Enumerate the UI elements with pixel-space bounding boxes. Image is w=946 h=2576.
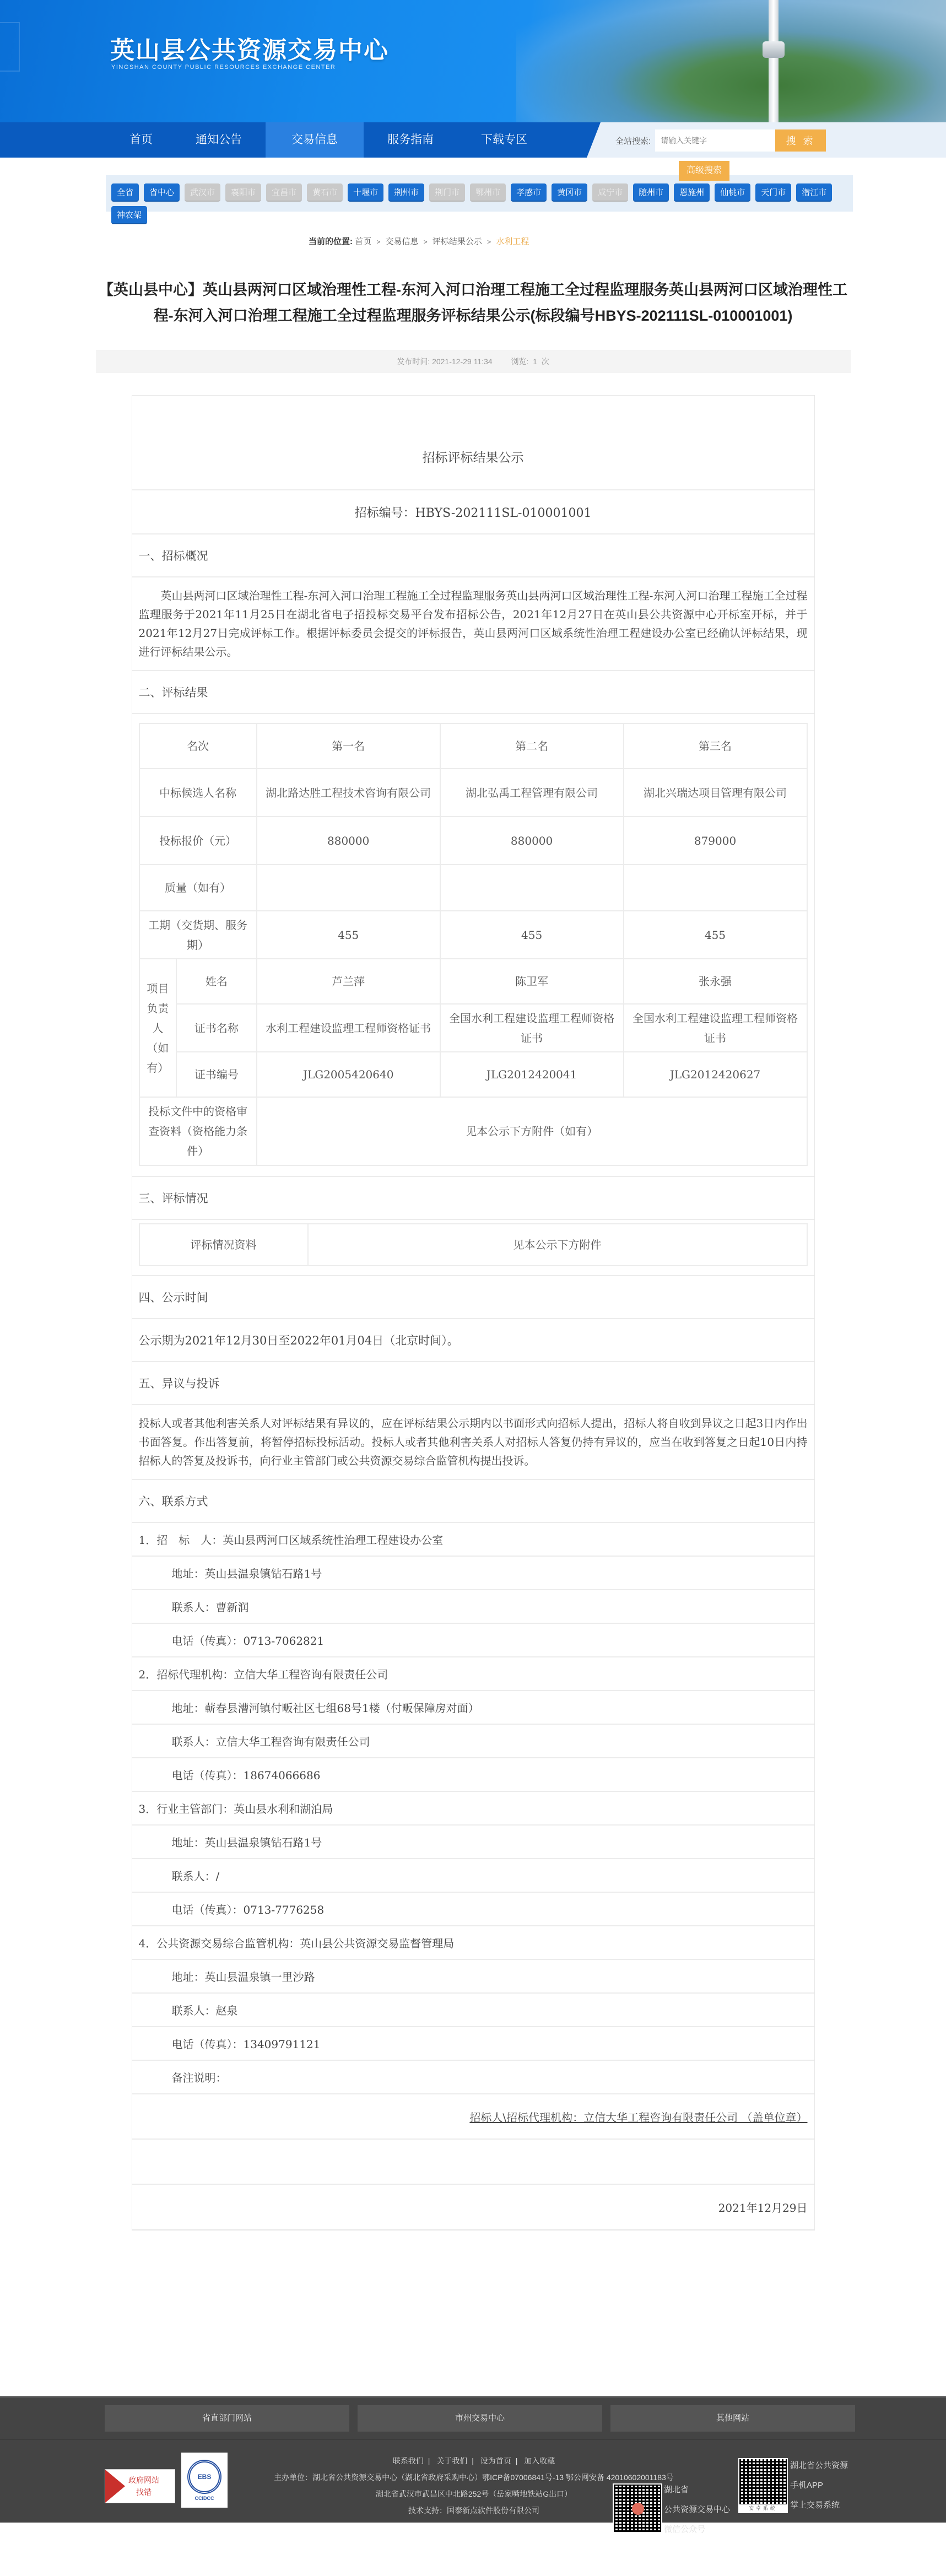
breadcrumb-home[interactable]: 首页 bbox=[355, 237, 371, 246]
nav-items: 首页 通知公告 交易信息 服务指南 下载专区 bbox=[110, 122, 551, 158]
table-cell: 张永强 bbox=[624, 959, 807, 1004]
breadcrumb-results[interactable]: 评标结果公示 bbox=[433, 237, 482, 246]
footer: 省直部门网站 市州交易中心 其他网站 政府网站 找错 EBS CCIDCC 联系… bbox=[0, 2396, 946, 2523]
region-xiangyang: 襄阳市 bbox=[225, 183, 261, 202]
table-label-cell: 评标情况资料 bbox=[139, 1224, 308, 1266]
app-qr-caption: 湖北省公共资源 手机APP 掌上交易系统 bbox=[790, 2456, 848, 2515]
table-label-cell: 工期（交货期、服务期） bbox=[139, 911, 257, 959]
contact-1-phone: 电话（传真）：0713-7062821 bbox=[132, 1624, 814, 1657]
eval-table: 评标情况资料 见本公示下方附件 bbox=[139, 1223, 808, 1266]
footer-about-us[interactable]: 关于我们 bbox=[436, 2456, 467, 2465]
table-cell bbox=[624, 865, 807, 911]
footer-nav: 联系我们| 关于我们| 设为首页| 加入收藏 bbox=[226, 2453, 722, 2469]
region-huangshi: 黄石市 bbox=[307, 183, 343, 202]
table-cell: 见本公示下方附件（如有） bbox=[257, 1097, 807, 1165]
article-title: 【英山县中心】英山县两河口区域治理性工程-东河入河口治理工程施工全过程监理服务英… bbox=[96, 277, 851, 329]
views-unit: 次 bbox=[542, 357, 549, 366]
region-list: 全省 省中心 武汉市 襄阳市 宜昌市 黄石市 十堰市 荆州市 荆门市 鄂州市 孝… bbox=[111, 183, 848, 224]
table-row: 证书编号 JLG2005420640 JLG2012420041 JLG2012… bbox=[139, 1052, 807, 1097]
region-shennongjia[interactable]: 神农架 bbox=[111, 206, 147, 224]
search-input[interactable] bbox=[655, 129, 775, 152]
table-cell: 湖北弘禹工程管理有限公司 bbox=[440, 769, 624, 817]
table-cell: 455 bbox=[624, 911, 807, 959]
region-jingmen: 荆门市 bbox=[429, 183, 465, 202]
breadcrumb-label: 当前的位置: bbox=[309, 237, 353, 246]
contact-2-phone: 电话（传真）：18674066686 bbox=[132, 1758, 814, 1792]
table-label-cell: 投标报价（元） bbox=[139, 817, 257, 865]
table-cell bbox=[257, 865, 440, 911]
table-cell: 879000 bbox=[624, 817, 807, 865]
table-label-cell: 项目负责人（如有） bbox=[139, 959, 176, 1097]
ebs-caption: CCIDCC bbox=[195, 2496, 214, 2501]
table-label-cell: 证书名称 bbox=[176, 1004, 257, 1052]
results-table-wrap: 名次 第一名 第二名 第三名 中标候选人名称 湖北路达胜工程技术咨询有限公司 湖… bbox=[132, 723, 814, 1177]
region-yichang: 宜昌市 bbox=[266, 183, 302, 202]
breadcrumb: 当前的位置: 首页 > 交易信息 > 评标结果公示 > 水利工程 bbox=[309, 235, 946, 247]
footer-link-groups: 省直部门网站 市州交易中心 其他网站 bbox=[105, 2405, 855, 2432]
qr-caption-line: 湖北省公共资源 bbox=[790, 2456, 848, 2476]
footer-link-provincial-depts[interactable]: 省直部门网站 bbox=[105, 2405, 349, 2432]
date-row: 2021年12月29日 bbox=[132, 2185, 814, 2230]
ebs-certificate-logo[interactable]: EBS CCIDCC bbox=[181, 2453, 228, 2508]
region-xiaogan[interactable]: 孝感市 bbox=[511, 183, 547, 202]
contact-1-address: 地址：英山县温泉镇钻石路1号 bbox=[132, 1557, 814, 1590]
table-cell: 芦兰萍 bbox=[257, 959, 440, 1004]
table-header-cell: 名次 bbox=[139, 723, 257, 769]
qr-android-label: 安卓系统 bbox=[739, 2504, 787, 2512]
nav-item-service-guide[interactable]: 服务指南 bbox=[364, 122, 457, 158]
table-cell: 水利工程建设监理工程师资格证书 bbox=[257, 1004, 440, 1052]
table-cell: 880000 bbox=[440, 817, 624, 865]
table-cell: 湖北路达胜工程技术咨询有限公司 bbox=[257, 769, 440, 817]
table-row: 中标候选人名称 湖北路达胜工程技术咨询有限公司 湖北弘禹工程管理有限公司 湖北兴… bbox=[139, 769, 807, 817]
section-2-title: 二、评标结果 bbox=[132, 671, 814, 714]
region-filter: 全省 省中心 武汉市 襄阳市 宜昌市 黄石市 十堰市 荆州市 荆门市 鄂州市 孝… bbox=[106, 175, 853, 212]
region-qianjiang[interactable]: 潜江市 bbox=[796, 183, 832, 202]
qr-caption-line: 公共资源交易中心 bbox=[664, 2500, 730, 2520]
table-cell bbox=[440, 865, 624, 911]
publish-time: 2021-12-29 11:34 bbox=[432, 357, 493, 366]
contact-4-person: 联系人：赵泉 bbox=[132, 1994, 814, 2027]
table-cell: 见本公示下方附件 bbox=[308, 1224, 807, 1266]
footer-link-other-sites[interactable]: 其他网站 bbox=[610, 2405, 855, 2432]
advanced-search-button[interactable]: 高级搜索 bbox=[679, 161, 729, 181]
table-header-cell: 第二名 bbox=[440, 723, 624, 769]
table-row: 工期（交货期、服务期） 455 455 455 bbox=[139, 911, 807, 959]
table-row: 评标情况资料 见本公示下方附件 bbox=[139, 1224, 807, 1266]
table-cell: JLG2012420627 bbox=[624, 1052, 807, 1097]
bid-number: 招标编号：HBYS-202111SL-010001001 bbox=[132, 490, 814, 534]
region-tianmen[interactable]: 天门市 bbox=[755, 183, 791, 202]
table-row: 名次 第一名 第二名 第三名 bbox=[139, 723, 807, 769]
section-5-title: 五、异议与投诉 bbox=[132, 1362, 814, 1405]
section-1-title: 一、招标概况 bbox=[132, 534, 814, 577]
nav-item-home[interactable]: 首页 bbox=[110, 122, 172, 158]
contact-3-phone: 电话（传真）：0713-7776258 bbox=[132, 1893, 814, 1926]
qr-caption-line: 湖北省 bbox=[664, 2480, 730, 2500]
table-cell: 455 bbox=[440, 911, 624, 959]
region-enshi[interactable]: 恩施州 bbox=[674, 183, 710, 202]
city-aerial-image bbox=[516, 0, 946, 122]
contact-3-address: 地址：英山县温泉镇钻石路1号 bbox=[132, 1826, 814, 1859]
section-3-title: 三、评标情况 bbox=[132, 1177, 814, 1220]
region-wuhan: 武汉市 bbox=[185, 183, 220, 202]
table-cell: 陈卫军 bbox=[440, 959, 624, 1004]
gov-site-error-report-logo[interactable]: 政府网站 找错 bbox=[105, 2469, 175, 2503]
footer-link-city-centers[interactable]: 市州交易中心 bbox=[358, 2405, 602, 2432]
eval-table-wrap: 评标情况资料 见本公示下方附件 bbox=[132, 1223, 814, 1276]
site-search: 全站搜索: 搜 索 bbox=[615, 129, 826, 152]
contact-2-person: 联系人：立信大华工程咨询有限责任公司 bbox=[132, 1725, 814, 1758]
section-1-body: 英山县两河口区域治理性工程-东河入河口治理工程施工全过程监理服务英山县两河口区域… bbox=[132, 577, 814, 671]
nav-item-trade-info[interactable]: 交易信息 bbox=[266, 122, 364, 158]
views-count: 1 bbox=[533, 357, 537, 366]
qr-caption-line: 微信公众号 bbox=[664, 2520, 730, 2540]
table-row: 项目负责人（如有） 姓名 芦兰萍 陈卫军 张永强 bbox=[139, 959, 807, 1004]
region-ezhou: 鄂州市 bbox=[470, 183, 506, 202]
table-row: 投标报价（元） 880000 880000 879000 bbox=[139, 817, 807, 865]
breadcrumb-separator: > bbox=[487, 238, 491, 246]
nav-item-notices[interactable]: 通知公告 bbox=[172, 122, 266, 158]
tv-tower-image bbox=[769, 0, 779, 122]
breadcrumb-separator: > bbox=[424, 238, 428, 246]
section-4-title: 四、公示时间 bbox=[132, 1276, 814, 1319]
table-label-cell: 质量（如有） bbox=[139, 865, 257, 911]
table-header-cell: 第一名 bbox=[257, 723, 440, 769]
article-meta: 发布时间: 2021-12-29 11:34 浏览: 1 次 bbox=[96, 350, 851, 373]
table-cell: 全国水利工程建设监理工程师资格证书 bbox=[440, 1004, 624, 1052]
header-banner: 英山县公共资源交易中心 YINGSHAN COUNTY PUBLIC RESOU… bbox=[0, 0, 946, 122]
nav-item-downloads[interactable]: 下载专区 bbox=[457, 122, 551, 158]
site-subtitle: YINGSHAN COUNTY PUBLIC RESOURCES EXCHANG… bbox=[111, 64, 336, 71]
main-nav: 首页 通知公告 交易信息 服务指南 下载专区 全站搜索: 搜 索 高级搜索 bbox=[0, 122, 946, 158]
footer-set-homepage[interactable]: 设为首页 bbox=[480, 2456, 511, 2465]
publish-label: 发布时间: bbox=[397, 357, 430, 366]
decorative-frame bbox=[0, 22, 20, 72]
section-5-body: 投标人或者其他利害关系人对评标结果有异议的，应在评标结果公示期内以书面形式向招标… bbox=[132, 1405, 814, 1480]
table-label-cell: 姓名 bbox=[176, 959, 257, 1004]
contact-4-phone: 电话（传真）：13409791121 bbox=[132, 2027, 814, 2061]
breadcrumb-separator: > bbox=[376, 238, 380, 246]
footer-add-bookmark[interactable]: 加入收藏 bbox=[524, 2456, 555, 2465]
table-cell: 880000 bbox=[257, 817, 440, 865]
contact-4-address: 地址：英山县温泉镇一里沙路 bbox=[132, 1960, 814, 1994]
remarks-label: 备注说明： bbox=[132, 2061, 814, 2094]
tv-tower-ring bbox=[763, 41, 785, 58]
wechat-qr-caption: 湖北省 公共资源交易中心 微信公众号 bbox=[664, 2480, 730, 2540]
logo-text: 政府网站 找错 bbox=[128, 2474, 159, 2498]
region-huanggang[interactable]: 黄冈市 bbox=[552, 183, 587, 202]
table-cell: JLG2005420640 bbox=[257, 1052, 440, 1097]
region-xiantao[interactable]: 仙桃市 bbox=[715, 183, 750, 202]
section-6-title: 六、联系方式 bbox=[132, 1480, 814, 1523]
contact-4-title: 4．公共资源交易综合监管机构：英山县公共资源交易监督管理局 bbox=[132, 1926, 814, 1960]
logo-line: 找错 bbox=[128, 2486, 159, 2498]
region-quansheng[interactable]: 全省 bbox=[111, 183, 139, 202]
results-table: 名次 第一名 第二名 第三名 中标候选人名称 湖北路达胜工程技术咨询有限公司 湖… bbox=[139, 723, 808, 1166]
breadcrumb-current[interactable]: 水利工程 bbox=[496, 237, 529, 246]
site-title[interactable]: 英山县公共资源交易中心 bbox=[110, 30, 389, 66]
notice-document: 招标评标结果公示 招标编号：HBYS-202111SL-010001001 一、… bbox=[132, 395, 815, 2231]
table-row: 证书名称 水利工程建设监理工程师资格证书 全国水利工程建设监理工程师资格证书 全… bbox=[139, 1004, 807, 1052]
footer-contact-us[interactable]: 联系我们 bbox=[393, 2456, 424, 2465]
contact-2-title: 2．招标代理机构：立信大华工程咨询有限责任公司 bbox=[132, 1657, 814, 1691]
search-label: 全站搜索: bbox=[615, 135, 651, 147]
ebs-ring-icon: EBS bbox=[187, 2460, 221, 2494]
table-cell: JLG2012420041 bbox=[440, 1052, 624, 1097]
signature: 招标人\招标代理机构：立信大华工程咨询有限责任公司 （盖单位章） bbox=[469, 2109, 807, 2125]
table-header-cell: 第三名 bbox=[624, 723, 807, 769]
region-shiyan[interactable]: 十堰市 bbox=[348, 183, 383, 202]
region-jingzhou[interactable]: 荆州市 bbox=[388, 183, 424, 202]
contact-1-person: 联系人：曹新润 bbox=[132, 1590, 814, 1624]
qr-caption-line: 掌上交易系统 bbox=[790, 2496, 848, 2515]
views-label: 浏览: bbox=[511, 357, 528, 366]
wechat-qr-code bbox=[613, 2483, 662, 2533]
doc-heading: 招标评标结果公示 bbox=[132, 396, 814, 490]
qr-caption-line: 手机APP bbox=[790, 2476, 848, 2496]
contact-3-person: 联系人：/ bbox=[132, 1859, 814, 1893]
table-cell: 全国水利工程建设监理工程师资格证书 bbox=[624, 1004, 807, 1052]
region-shengzhongxin[interactable]: 省中心 bbox=[144, 183, 180, 202]
blank-row bbox=[132, 2140, 814, 2185]
contact-2-address: 地址：蕲春县漕河镇付畈社区七组68号1楼（付畈保障房对面） bbox=[132, 1691, 814, 1725]
table-label-cell: 证书编号 bbox=[176, 1052, 257, 1097]
section-4-body: 公示期为2021年12月30日至2022年01月04日（北京时间）。 bbox=[132, 1319, 814, 1362]
search-button[interactable]: 搜 索 bbox=[775, 129, 826, 152]
app-qr-code: 安卓系统 bbox=[738, 2458, 788, 2513]
contact-1-title: 1．招 标 人：英山县两河口区域系统性治理工程建设办公室 bbox=[132, 1523, 814, 1557]
table-cell: 455 bbox=[257, 911, 440, 959]
notice-date: 2021年12月29日 bbox=[718, 2199, 808, 2215]
table-label-cell: 投标文件中的资格审查资料（资格能力条件） bbox=[139, 1097, 257, 1165]
logo-line: 政府网站 bbox=[128, 2474, 159, 2486]
footer-divider bbox=[0, 2439, 946, 2440]
magnifier-icon bbox=[105, 2470, 125, 2503]
contact-3-title: 3．行业主管部门：英山县水利和湖泊局 bbox=[132, 1792, 814, 1826]
table-row: 质量（如有） bbox=[139, 865, 807, 911]
table-row: 投标文件中的资格审查资料（资格能力条件） 见本公示下方附件（如有） bbox=[139, 1097, 807, 1165]
qr-logo-icon bbox=[632, 2503, 644, 2515]
breadcrumb-trade-info[interactable]: 交易信息 bbox=[386, 237, 419, 246]
table-label-cell: 中标候选人名称 bbox=[139, 769, 257, 817]
region-suizhou[interactable]: 随州市 bbox=[633, 183, 669, 202]
signature-row: 招标人\招标代理机构：立信大华工程咨询有限责任公司 （盖单位章） bbox=[132, 2094, 814, 2140]
region-xianning: 咸宁市 bbox=[592, 183, 628, 202]
table-cell: 湖北兴瑞达项目管理有限公司 bbox=[624, 769, 807, 817]
